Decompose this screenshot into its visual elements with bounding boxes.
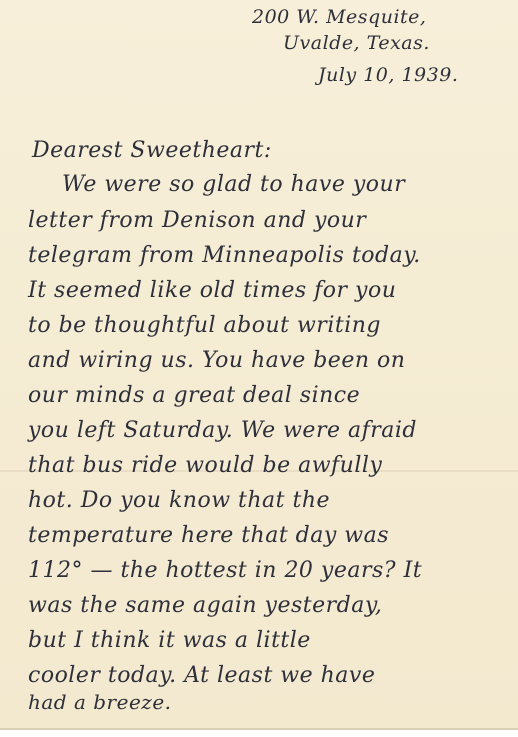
body-line: our minds a great deal since — [28, 383, 360, 408]
body-line: but I think it was a little — [28, 628, 311, 653]
address-line-2: Uvalde, Texas. — [283, 32, 430, 54]
salutation: Dearest Sweetheart: — [32, 138, 272, 163]
body-line: telegram from Minneapolis today. — [28, 243, 421, 268]
letter-page: 200 W. Mesquite, Uvalde, Texas. July 10,… — [0, 0, 518, 730]
body-line: We were so glad to have your — [62, 172, 405, 197]
body-line: that bus ride would be awfully — [28, 453, 382, 478]
body-line: temperature here that day was — [28, 523, 389, 548]
body-line: was the same again yesterday, — [28, 593, 382, 618]
body-line: 112° — the hottest in 20 years? It — [28, 558, 422, 583]
letter-date: July 10, 1939. — [318, 64, 458, 86]
body-line: to be thoughtful about writing — [28, 313, 381, 338]
body-line: It seemed like old times for you — [28, 278, 396, 303]
body-line: hot. Do you know that the — [28, 488, 330, 513]
body-line: letter from Denison and your — [28, 208, 366, 233]
body-line: cooler today. At least we have — [28, 663, 375, 688]
body-line: and wiring us. You have been on — [28, 348, 405, 373]
body-line: had a breeze. — [28, 690, 172, 714]
address-line-1: 200 W. Mesquite, — [252, 6, 426, 28]
body-line: you left Saturday. We were afraid — [28, 418, 417, 443]
